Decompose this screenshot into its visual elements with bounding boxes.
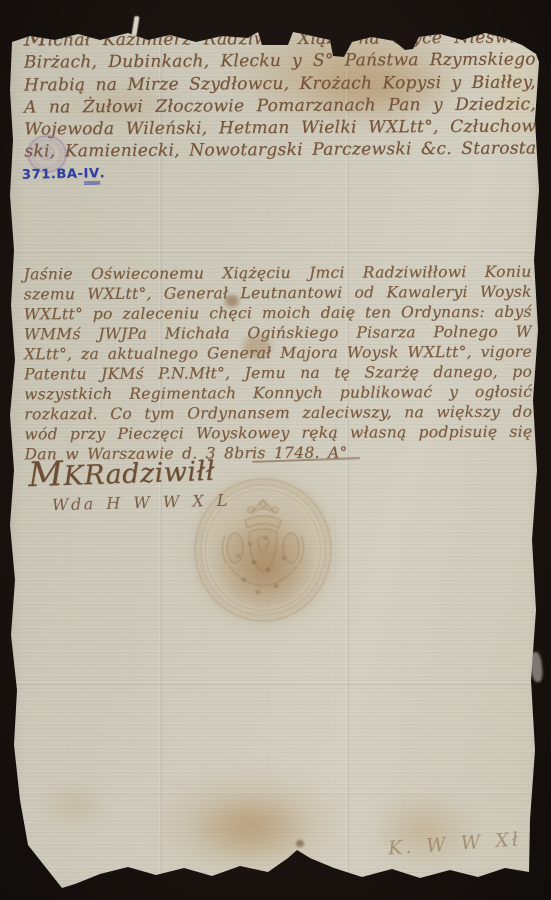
horizontal-fold (0, 250, 551, 253)
photo-background: Michał Kazimierz Radziwiłł Xiąże na Ołyc… (0, 0, 551, 900)
heading-line: Hrabią na Mirze Szydłowcu, Krożach Kopys… (24, 71, 536, 96)
catalog-prefix: 371.BA- (22, 167, 84, 183)
body-line: WXLtt° po zaleceniu chęci moich daię ten… (24, 302, 532, 325)
signature-name: MKRadziwiłł (27, 449, 215, 496)
corner-inscription: K. W W Xł (387, 828, 521, 859)
stain-bottom-center (148, 768, 352, 880)
heading-text: Michał Kazimierz Radziwiłł Xiąże na Ołyc… (24, 24, 537, 163)
horizontal-fold (0, 792, 551, 795)
body-line: szemu WXLtt°, Generał Leutnantowi od Kaw… (24, 282, 532, 305)
body-line: WMMś JWJPa Michała Ogińskiego Pisarza Po… (24, 322, 532, 345)
stain-bottom-center (188, 792, 312, 864)
body-line: Jaśnie Oświeconemu Xiążęciu Jmci Radziwi… (23, 262, 531, 285)
heading-line: Birżach, Dubinkach, Klecku y S° Państwa … (24, 49, 536, 74)
stain-bottom-right (368, 790, 480, 870)
torn-corner-flap (24, 848, 58, 878)
paper-fiber (131, 16, 139, 37)
horizontal-fold (0, 682, 551, 685)
manuscript-page: Michał Kazimierz Radziwiłł Xiąże na Ołyc… (0, 0, 551, 900)
catalog-period: . (100, 166, 106, 181)
archival-catalog-number: 371.BA-IV. (22, 166, 106, 185)
body-line: wszystkich Regimentach Konnych publikowa… (24, 382, 532, 405)
heading-line: Wojewoda Wileński, Hetman Wielki WXLtt°,… (24, 116, 536, 141)
body-line: Patentu JKMś P.N.Młt°, Jemu na tę Szarżę… (24, 362, 532, 385)
body-line: wód przy Pieczęci Woyskowey ręką własną … (24, 422, 532, 445)
heading-line: ski, Kamieniecki, Nowotargski Parczewski… (24, 138, 536, 163)
body-text: Jaśnie Oświeconemu Xiążęciu Jmci Radziwi… (23, 262, 532, 465)
ink-spot (296, 840, 304, 847)
heading-line: Michał Kazimierz Radziwiłł Xiąże na Ołyc… (24, 24, 536, 51)
body-line: XLtt°, za aktualnego Generał Majora Woys… (24, 342, 532, 365)
stain-bottom-left (40, 780, 112, 830)
heading-line: A na Żułowi Złoczowie Pomarzanach Pan y … (24, 93, 536, 118)
body-line: rozkazał. Co tym Ordynansem zaleciwszy, … (24, 402, 532, 425)
catalog-roman: IV (84, 167, 100, 184)
